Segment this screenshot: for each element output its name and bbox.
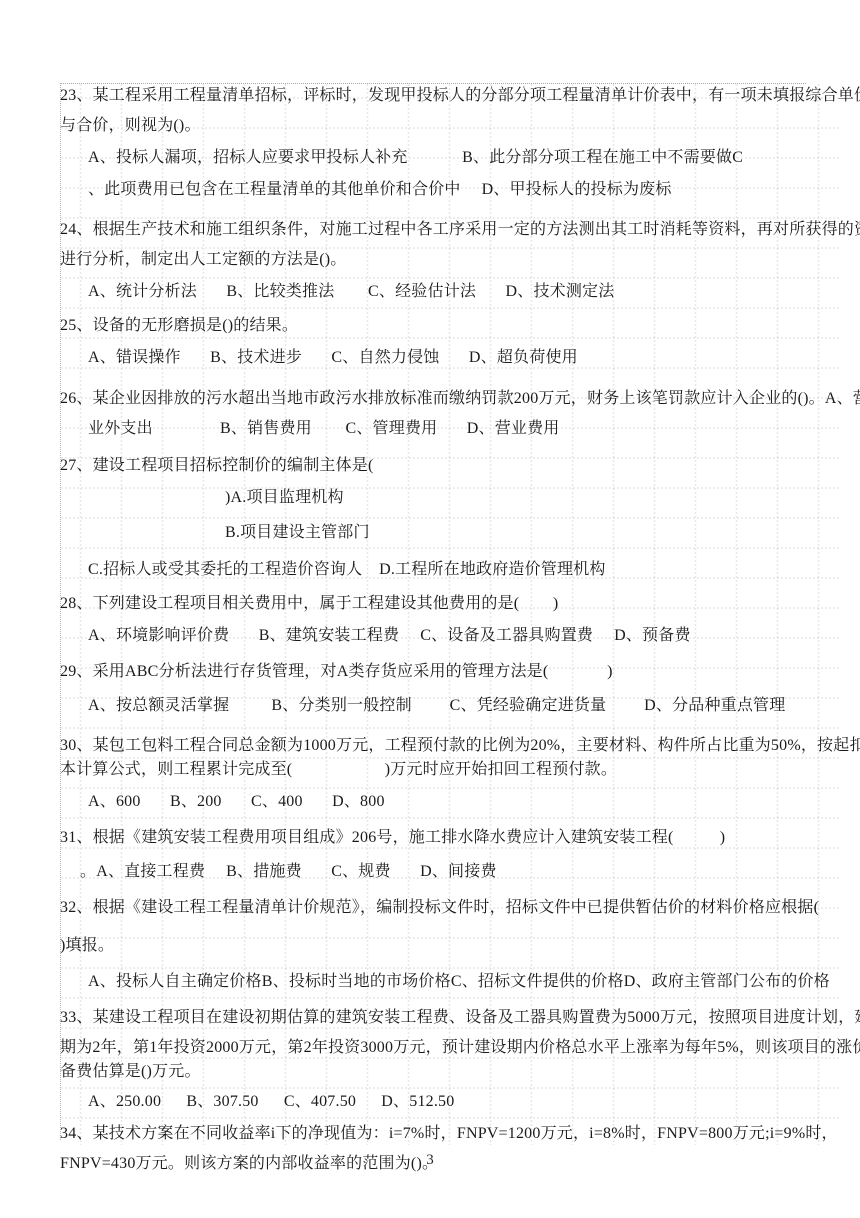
- question-25: 25、设备的无形磨损是()的结果。A、错误操作 B、技术进步 C、自然力侵蚀 D…: [60, 311, 808, 373]
- options-line: B.项目建设主管部门: [60, 518, 808, 548]
- question-31: 31、根据《建筑安装工程费用项目组成》206号，施工排水降水费应计入建筑安装工程…: [60, 823, 808, 887]
- questions-area: 23、某工程采用工程量清单招标，评标时，发现甲投标人的分部分项工程量清单计价表中…: [60, 81, 808, 1179]
- options-line: 业外支出 B、销售费用 C、管理费用 D、营业费用: [60, 414, 808, 444]
- question-32: 32、根据《建设工程工程量清单计价规范》，编制投标文件时，招标文件中已提供暂估价…: [60, 893, 808, 997]
- question-text-line: )填报。: [60, 931, 808, 961]
- question-text-line: 与合价，则视为()。: [60, 111, 808, 141]
- question-30: 30、某包工包料工程合同总金额为1000万元，工程预付款的比例为20%，主要材料…: [60, 731, 808, 817]
- options-line: A、投标人自主确定价格B、投标时当地的市场价格C、招标文件提供的价格D、政府主管…: [60, 967, 808, 997]
- question-text-line: 23、某工程采用工程量清单招标，评标时，发现甲投标人的分部分项工程量清单计价表中…: [60, 81, 808, 111]
- question-24: 24、根据生产技术和施工组织条件，对施工过程中各工序采用一定的方法测出其工时消耗…: [60, 215, 808, 307]
- options-line: A、投标人漏项，招标人应要求甲投标人补充 B、此分部分项工程在施工中不需要做C: [60, 143, 808, 173]
- question-text-line: 28、下列建设工程项目相关费用中，属于工程建设其他费用的是( ): [60, 589, 808, 619]
- question-26: 26、某企业因排放的污水超出当地市政污水排放标准而缴纳罚款200万元，财务上该笔…: [60, 384, 808, 444]
- options-line: A、环境影响评价费 B、建筑安装工程费 C、设备及工器具购置费 D、预备费: [60, 621, 808, 651]
- exam-page: 23、某工程采用工程量清单招标，评标时，发现甲投标人的分部分项工程量清单计价表中…: [0, 0, 860, 1218]
- question-text-line: 进行分析，制定出人工定额的方法是()。: [60, 245, 808, 275]
- options-line: A、错误操作 B、技术进步 C、自然力侵蚀 D、超负荷使用: [60, 343, 808, 373]
- question-text-line: 29、采用ABC分析法进行存货管理，对A类存货应采用的管理方法是( ): [60, 657, 808, 687]
- question-33: 33、某建设工程项目在建设初期估算的建筑安装工程费、设备及工器具购置费为5000…: [60, 1003, 808, 1117]
- options-line: C.招标人或受其委托的工程造价咨询人 D.工程所在地政府造价管理机构: [60, 555, 808, 585]
- question-29: 29、采用ABC分析法进行存货管理，对A类存货应采用的管理方法是( )A、按总额…: [60, 657, 808, 721]
- options-line: A、600 B、200 C、400 D、800: [60, 787, 808, 817]
- options-line: A、250.00 B、307.50 C、407.50 D、512.50: [60, 1087, 808, 1117]
- question-27: 27、建设工程项目招标控制价的编制主体是()A.项目监理机构B.项目建设主管部门…: [60, 451, 808, 585]
- question-text-line: 32、根据《建设工程工程量清单计价规范》，编制投标文件时，招标文件中已提供暂估价…: [60, 893, 808, 923]
- options-line: A、统计分析法 B、比较类推法 C、经验估计法 D、技术测定法: [60, 277, 808, 307]
- options-line: 。A、直接工程费 B、措施费 C、规费 D、间接费: [60, 857, 808, 887]
- question-28: 28、下列建设工程项目相关费用中，属于工程建设其他费用的是( )A、环境影响评价…: [60, 589, 808, 651]
- question-text-line: 26、某企业因排放的污水超出当地市政污水排放标准而缴纳罚款200万元，财务上该笔…: [60, 384, 808, 414]
- question-text-line: 34、某技术方案在不同收益率i下的净现值为：i=7%时，FNPV=1200万元，…: [60, 1119, 808, 1149]
- options-line: 、此项费用已包含在工程量清单的其他单价和合价中 D、甲投标人的投标为废标: [60, 175, 808, 205]
- question-text-line: 25、设备的无形磨损是()的结果。: [60, 311, 808, 341]
- options-line: )A.项目监理机构: [60, 483, 808, 513]
- question-text-line: 33、某建设工程项目在建设初期估算的建筑安装工程费、设备及工器具购置费为5000…: [60, 1003, 808, 1033]
- options-line: A、按总额灵活掌握 B、分类别一般控制 C、凭经验确定进货量 D、分品种重点管理: [60, 691, 808, 721]
- question-text-line: 27、建设工程项目招标控制价的编制主体是(: [60, 451, 808, 481]
- question-text-line: 24、根据生产技术和施工组织条件，对施工过程中各工序采用一定的方法测出其工时消耗…: [60, 215, 808, 245]
- page-number: 3: [0, 1152, 860, 1169]
- question-34: 34、某技术方案在不同收益率i下的净现值为：i=7%时，FNPV=1200万元，…: [60, 1119, 808, 1179]
- question-23: 23、某工程采用工程量清单招标，评标时，发现甲投标人的分部分项工程量清单计价表中…: [60, 81, 808, 205]
- question-text-line: 31、根据《建筑安装工程费用项目组成》206号，施工排水降水费应计入建筑安装工程…: [60, 823, 808, 853]
